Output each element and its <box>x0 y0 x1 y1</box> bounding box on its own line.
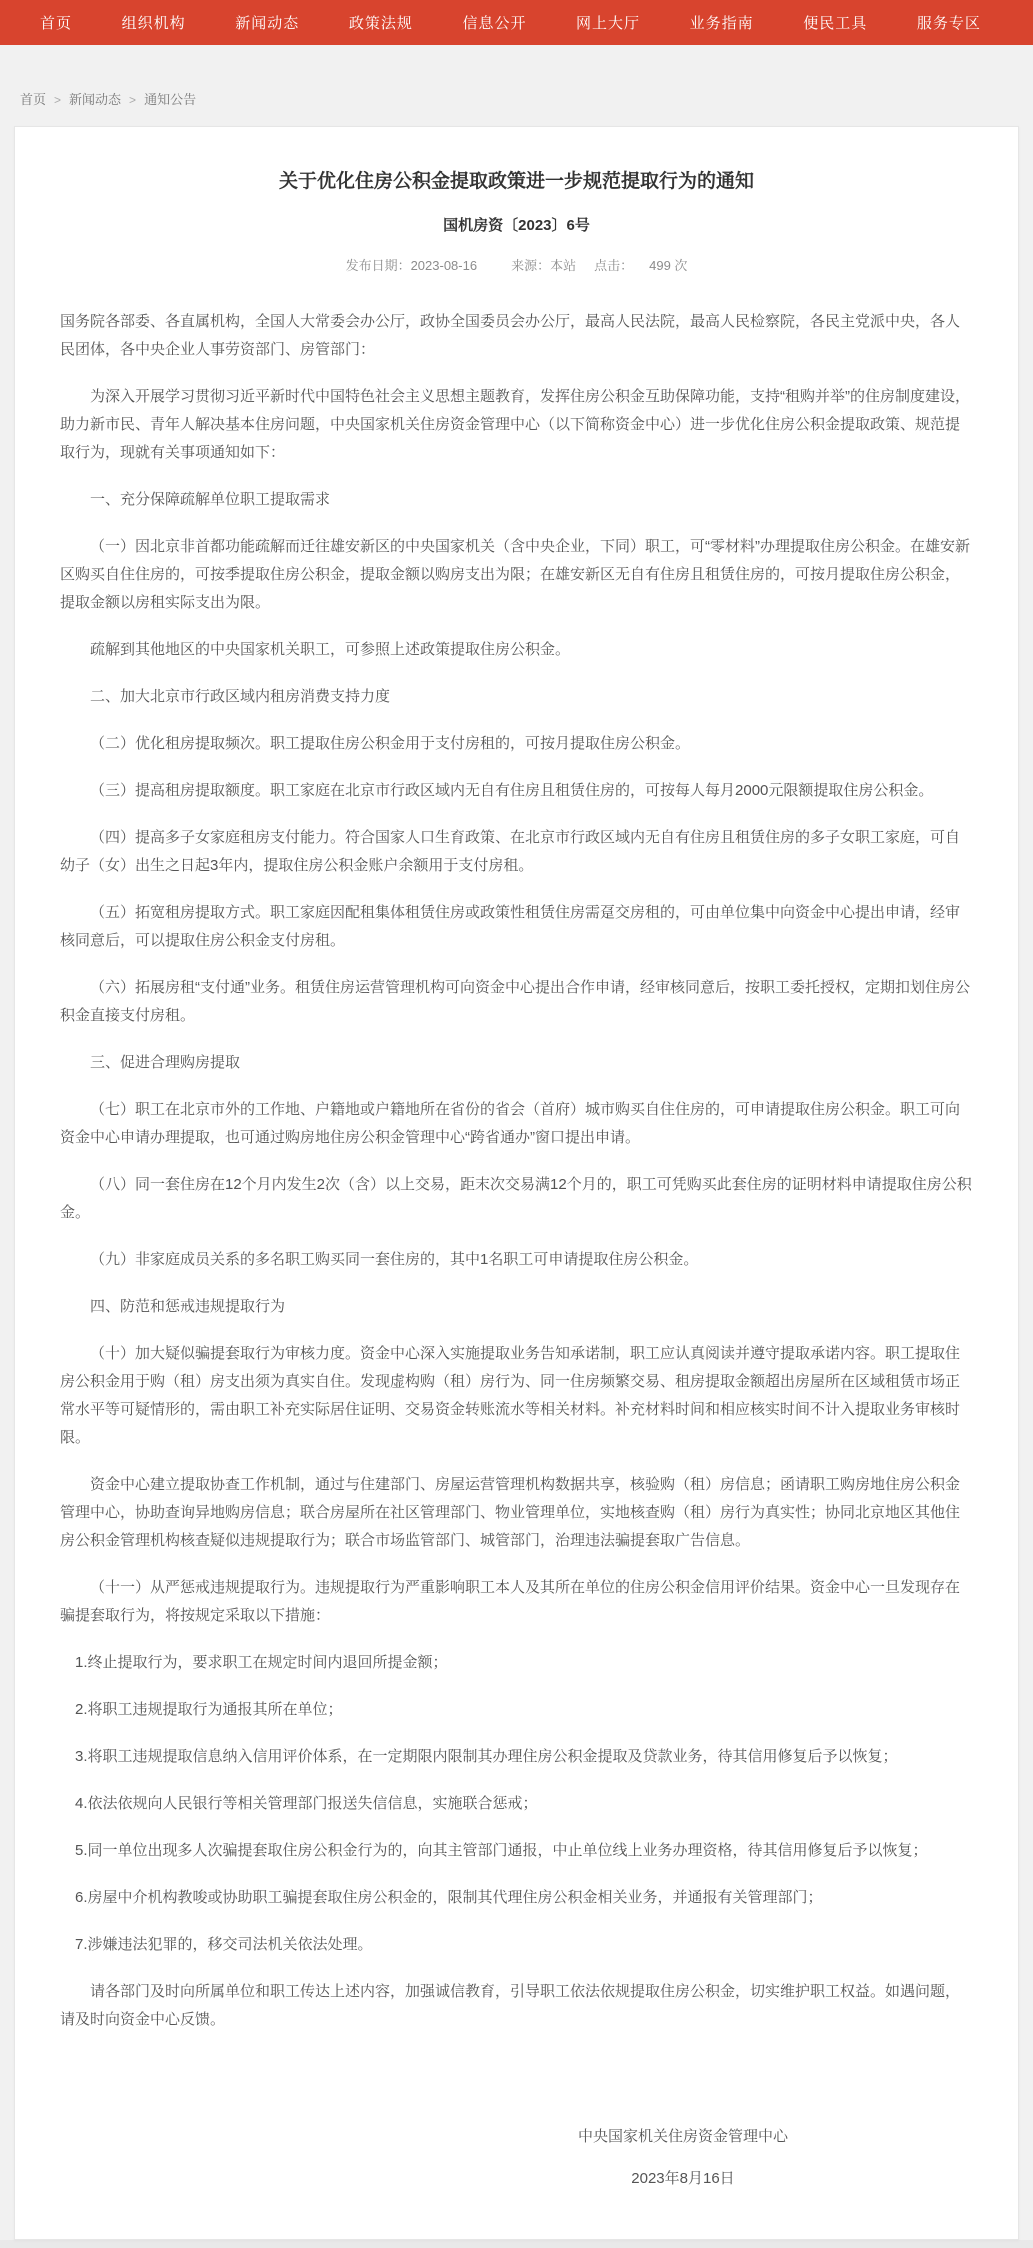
paragraph: 为深入开展学习贯彻习近平新时代中国特色社会主义思想主题教育，发挥住房公积金互助保… <box>60 383 973 467</box>
source-label: 来源： <box>511 255 550 274</box>
article-meta: 发布日期：2023-08-16来源：本站点击：499 次 <box>60 255 973 274</box>
paragraph: 疏解到其他地区的中央国家机关职工，可参照上述政策提取住房公积金。 <box>60 636 973 664</box>
nav-item-online-hall[interactable]: 网上大厅 <box>576 12 640 33</box>
document-number: 国机房资〔2023〕6号 <box>60 214 973 235</box>
breadcrumb-separator: > <box>129 93 136 107</box>
publish-date-value: 2023-08-16 <box>411 258 478 273</box>
article-body: 国务院各部委、各直属机构，全国人大常委会办公厅，政协全国委员会办公厅，最高人民法… <box>60 308 973 2034</box>
nav-item-convenience-tools[interactable]: 便民工具 <box>803 12 867 33</box>
paragraph: （七）职工在北京市外的工作地、户籍地或户籍地所在省份的省会（首府）城市购买自住住… <box>60 1096 973 1152</box>
breadcrumb-separator: > <box>54 93 61 107</box>
source-value: 本站 <box>550 255 576 274</box>
breadcrumb: 首页>新闻动态>通知公告 <box>0 45 1033 126</box>
section-heading-2: 二、加大北京市行政区域内租房消费支持力度 <box>60 683 973 711</box>
nav-item-home[interactable]: 首页 <box>40 12 72 33</box>
article-title: 关于优化住房公积金提取政策进一步规范提取行为的通知 <box>60 169 973 196</box>
paragraph: （六）拓展房租“支付通”业务。租赁住房运营管理机构可向资金中心提出合作申请，经审… <box>60 974 973 1030</box>
nav-item-organization[interactable]: 组织机构 <box>122 12 186 33</box>
signature-organization: 中央国家机关住房资金管理中心 <box>578 2126 788 2149</box>
breadcrumb-home[interactable]: 首页 <box>20 92 46 107</box>
paragraph: （一）因北京非首都功能疏解而迁往雄安新区的中央国家机关（含中央企业，下同）职工，… <box>60 533 973 617</box>
nav-item-info-disclosure[interactable]: 信息公开 <box>462 12 526 33</box>
article-card: 关于优化住房公积金提取政策进一步规范提取行为的通知 国机房资〔2023〕6号 发… <box>14 126 1019 2240</box>
paragraph: 请各部门及时向所属单位和职工传达上述内容，加强诚信教育，引导职工依法依规提取住房… <box>60 1978 973 2034</box>
hits-value: 499 次 <box>649 255 687 274</box>
list-item: 4.依法依规向人民银行等相关管理部门报送失信信息，实施联合惩戒； <box>60 1790 973 1818</box>
nav-item-policy-regulations[interactable]: 政策法规 <box>349 12 413 33</box>
section-heading-1: 一、充分保障疏解单位职工提取需求 <box>60 486 973 514</box>
paragraph: （十）加大疑似骗提套取行为审核力度。资金中心深入实施提取业务告知承诺制，职工应认… <box>60 1340 973 1452</box>
signature-block: 中央国家机关住房资金管理中心 2023年8月16日 <box>578 2126 788 2191</box>
paragraph: （二）优化租房提取频次。职工提取住房公积金用于支付房租的，可按月提取住房公积金。 <box>60 730 973 758</box>
list-item: 5.同一单位出现多人次骗提套取住房公积金行为的，向其主管部门通报，中止单位线上业… <box>60 1837 973 1865</box>
section-heading-4: 四、防范和惩戒违规提取行为 <box>60 1293 973 1321</box>
signature-date: 2023年8月16日 <box>578 2168 788 2191</box>
breadcrumb-notices[interactable]: 通知公告 <box>144 92 196 107</box>
nav-item-news[interactable]: 新闻动态 <box>235 12 299 33</box>
list-item: 3.将职工违规提取信息纳入信用评价体系，在一定期限内限制其办理住房公积金提取及贷… <box>60 1743 973 1771</box>
paragraph: 资金中心建立提取协查工作机制，通过与住建部门、房屋运营管理机构数据共享，核验购（… <box>60 1471 973 1555</box>
list-item: 7.涉嫌违法犯罪的，移交司法机关依法处理。 <box>60 1931 973 1959</box>
paragraph: （三）提高租房提取额度。职工家庭在北京市行政区域内无自有住房且租赁住房的，可按每… <box>60 777 973 805</box>
paragraph: （八）同一套住房在12个月内发生2次（含）以上交易，距末次交易满12个月的，职工… <box>60 1171 973 1227</box>
paragraph-salutation: 国务院各部委、各直属机构，全国人大常委会办公厅，政协全国委员会办公厅，最高人民法… <box>60 308 973 364</box>
list-item: 6.房屋中介机构教唆或协助职工骗提套取住房公积金的，限制其代理住房公积金相关业务… <box>60 1884 973 1912</box>
publish-date-label: 发布日期： <box>346 255 411 274</box>
paragraph: （四）提高多子女家庭租房支付能力。符合国家人口生育政策、在北京市行政区域内无自有… <box>60 824 973 880</box>
breadcrumb-news[interactable]: 新闻动态 <box>69 92 121 107</box>
paragraph: （五）拓宽租房提取方式。职工家庭因配租集体租赁住房或政策性租赁住房需趸交房租的，… <box>60 899 973 955</box>
section-heading-3: 三、促进合理购房提取 <box>60 1049 973 1077</box>
list-item: 2.将职工违规提取行为通报其所在单位； <box>60 1696 973 1724</box>
list-item: 1.终止提取行为，要求职工在规定时间内退回所提金额； <box>60 1649 973 1677</box>
hits-label: 点击： <box>594 255 633 274</box>
nav-item-business-guide[interactable]: 业务指南 <box>690 12 754 33</box>
paragraph: （十一）从严惩戒违规提取行为。违规提取行为严重影响职工本人及其所在单位的住房公积… <box>60 1574 973 1630</box>
nav-item-service-zone[interactable]: 服务专区 <box>917 12 981 33</box>
top-navigation: 首页 组织机构 新闻动态 政策法规 信息公开 网上大厅 业务指南 便民工具 服务… <box>0 0 1033 45</box>
paragraph: （九）非家庭成员关系的多名职工购买同一套住房的，其中1名职工可申请提取住房公积金… <box>60 1246 973 1274</box>
